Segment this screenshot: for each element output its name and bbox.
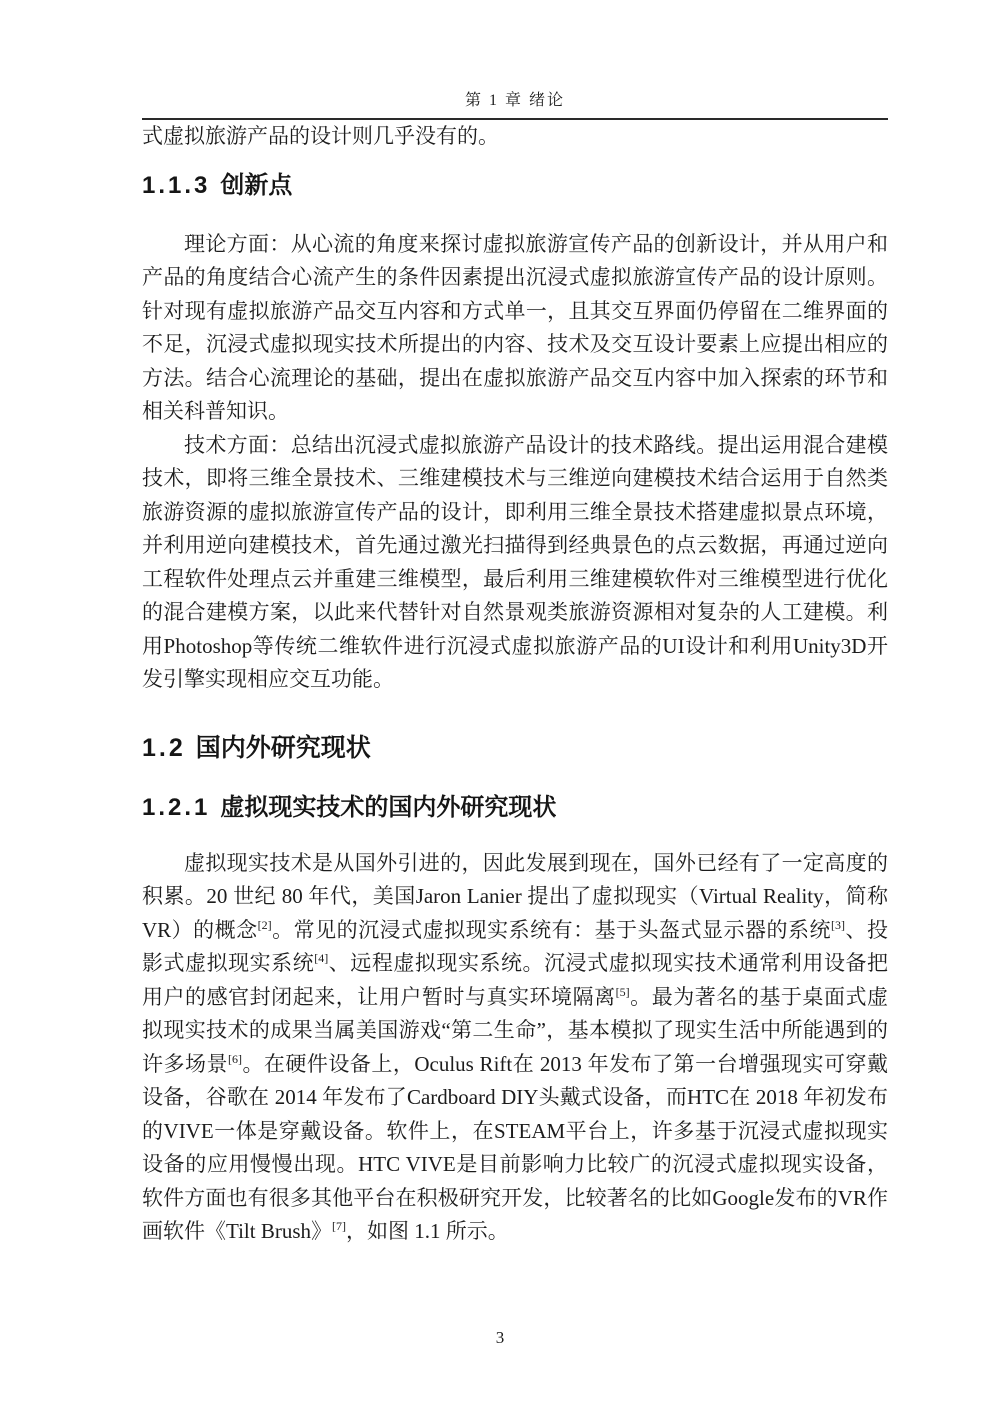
paragraph-vr-overview: 虚拟现实技术是从国外引进的，因此发展到现在，国外已经有了一定高度的积累。20 世… [142,847,888,1249]
section-heading-1-1-3: 1.1.3创新点 [142,171,888,201]
paragraph-theory: 理论方面：从心流的角度来探讨虚拟旅游宣传产品的创新设计，并从用户和产品的角度结合… [142,228,888,429]
section-number: 1.2 [142,734,186,762]
section-title: 虚拟现实技术的国内外研究现状 [220,794,556,821]
document-page: 第 1 章 绪论 式虚拟旅游产品的设计则几乎没有的。 1.1.3创新点 理论方面… [0,0,1000,1414]
section-title: 国内外研究现状 [196,734,371,762]
page-content: 式虚拟旅游产品的设计则几乎没有的。 1.1.3创新点 理论方面：从心流的角度来探… [142,120,888,1249]
chapter-header-text: 第 1 章 绪论 [465,92,565,109]
section-number: 1.2.1 [142,794,210,821]
section-heading-1-2-1: 1.2.1虚拟现实技术的国内外研究现状 [142,793,888,823]
section-title: 创新点 [220,172,292,199]
paragraph-continuation: 式虚拟旅游产品的设计则几乎没有的。 [142,120,888,154]
section-heading-1-2: 1.2国内外研究现状 [142,733,888,763]
page-header: 第 1 章 绪论 [142,92,888,120]
paragraph-technique: 技术方面：总结出沉浸式虚拟旅游产品设计的技术路线。提出运用混合建模技术，即将三维… [142,429,888,697]
section-number: 1.1.3 [142,172,210,199]
page-number: 3 [0,1328,1000,1348]
